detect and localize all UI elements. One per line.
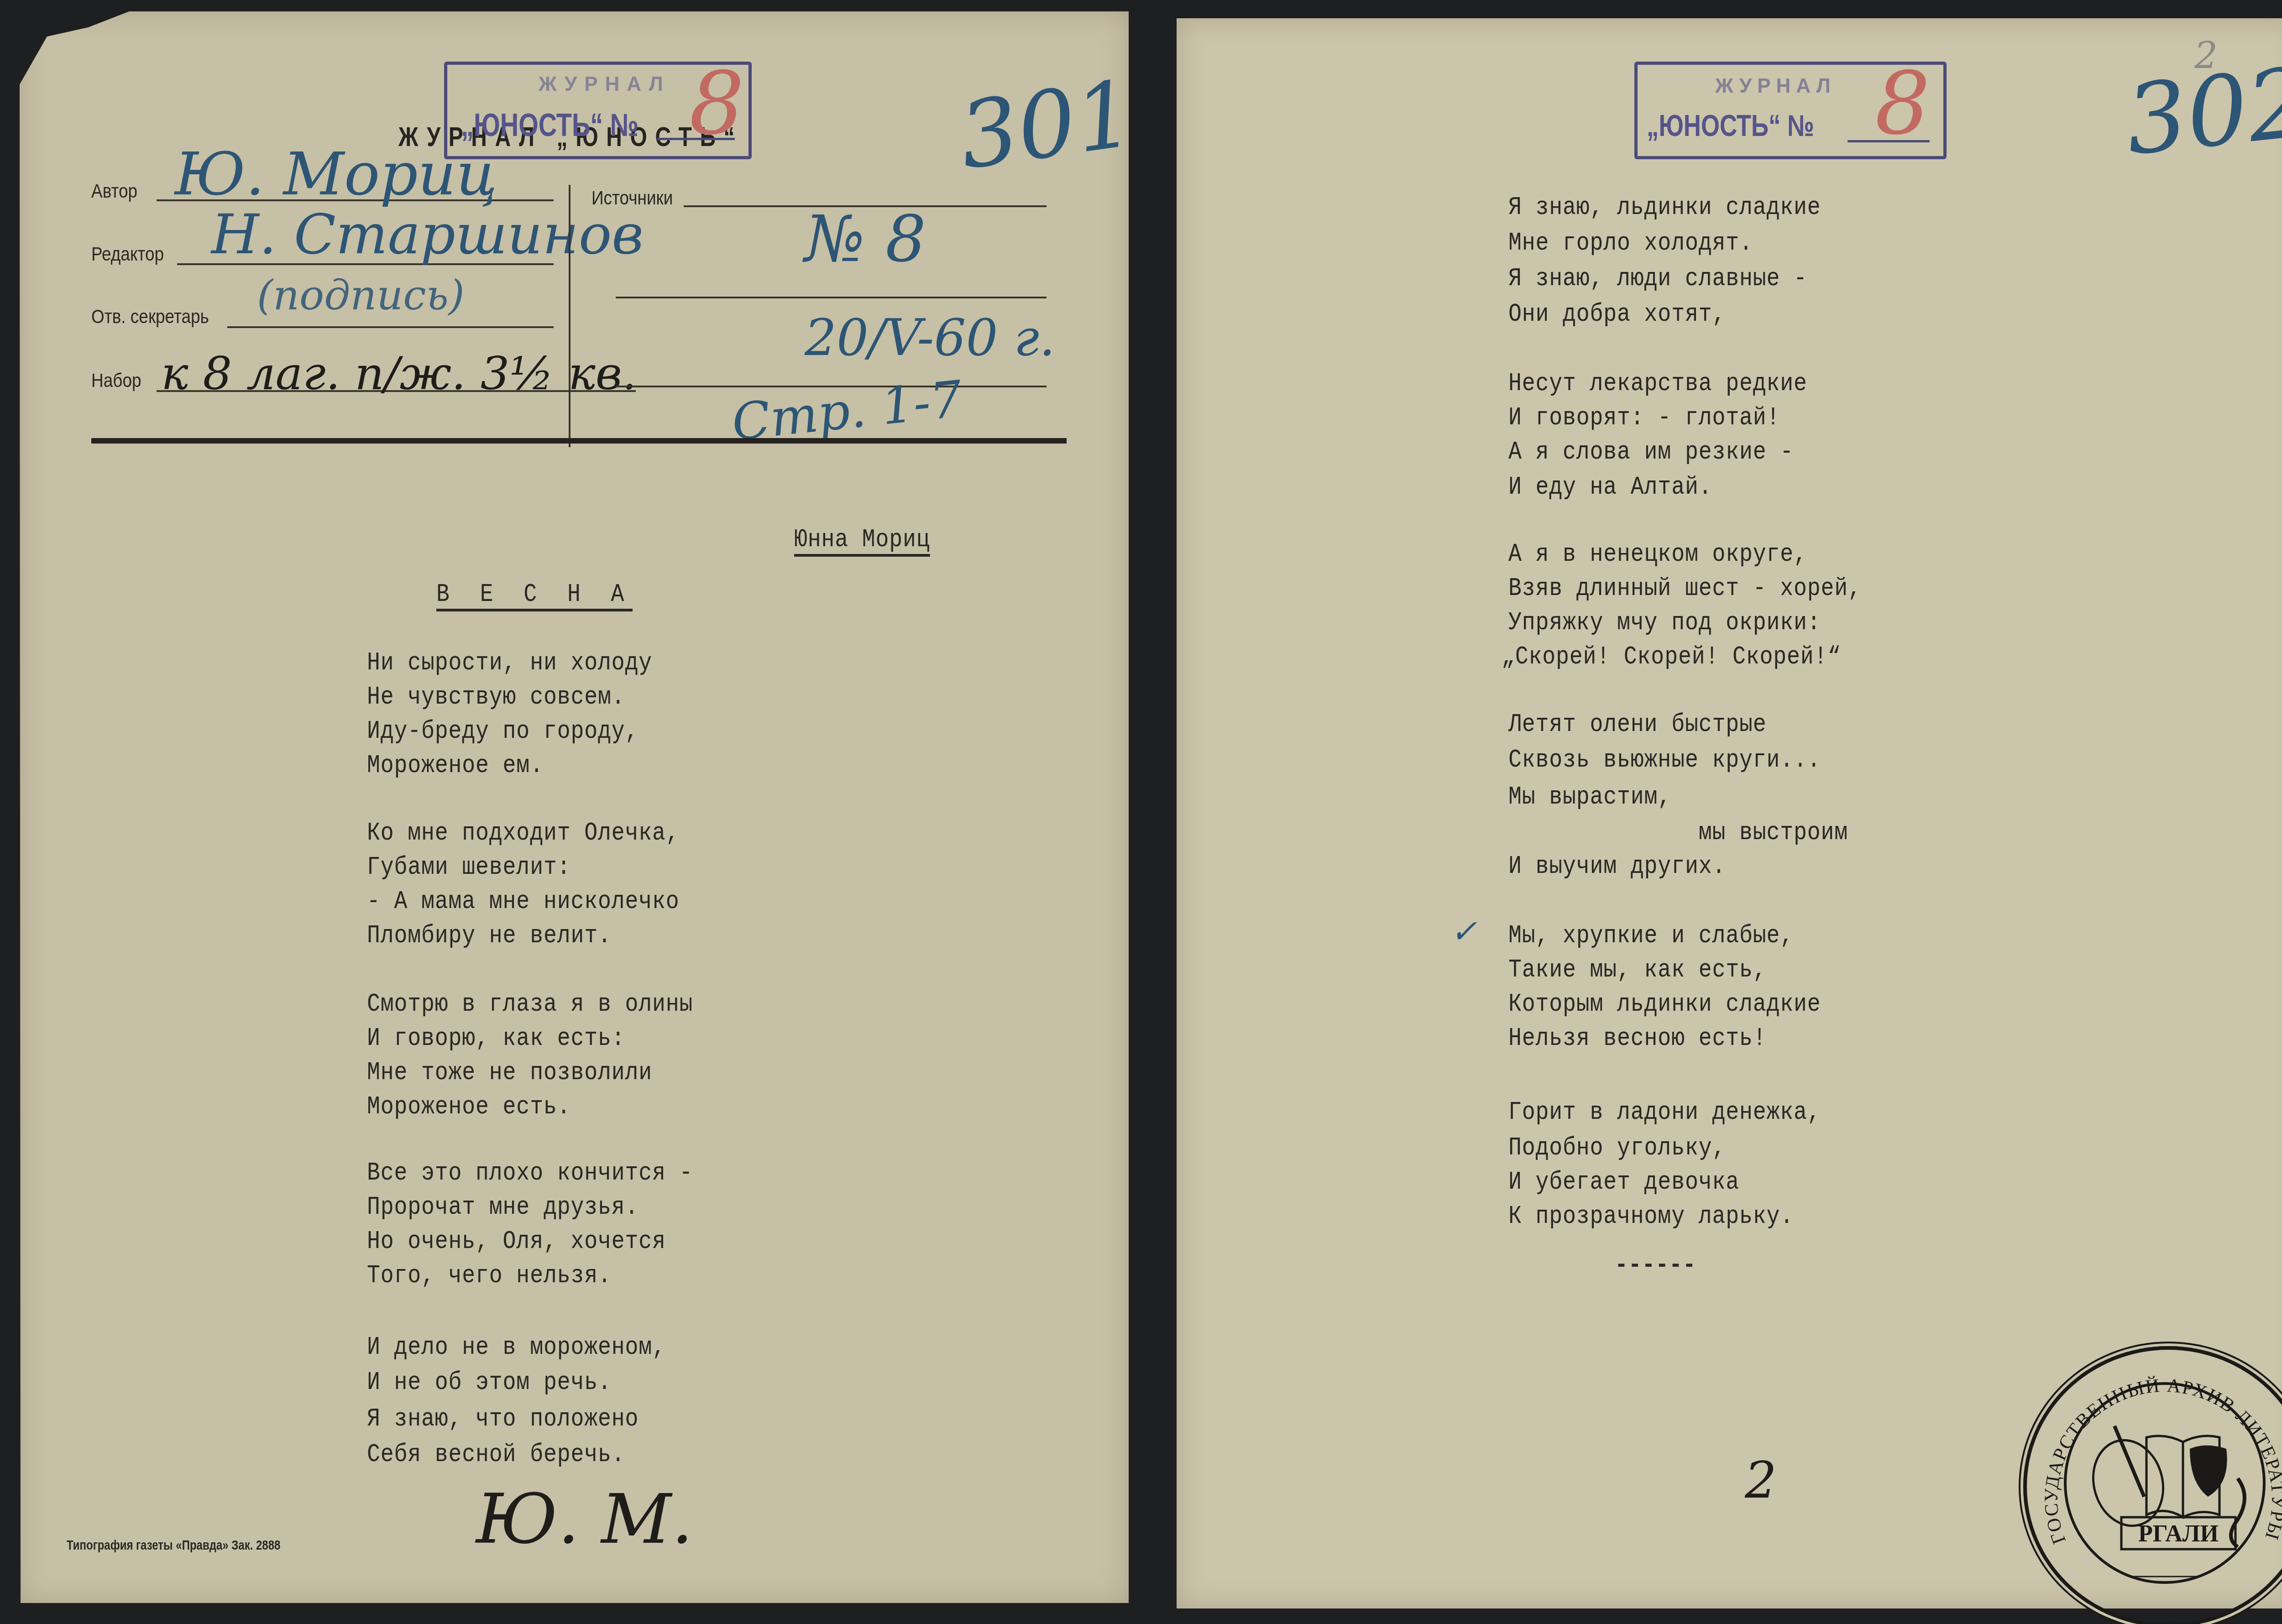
printer-imprint: Типография газеты «Правда» Зак. 2888 [67, 1538, 280, 1553]
poem-line: Горит в ладони денежка, [1508, 1097, 1821, 1127]
form-bottom-rule [91, 438, 1067, 444]
poem-line: Я знаю, люди славные - [1508, 264, 1807, 293]
page-mark: 2 [1745, 1451, 1777, 1509]
poem-line: И убегает девочка [1508, 1167, 1739, 1196]
folio-pencil-mark: 2 [2194, 34, 2218, 77]
poem-line: Смотрю в глаза я в олины [367, 989, 693, 1018]
secretary-line [227, 326, 554, 328]
poem-line: Мороженое ем. [367, 751, 544, 780]
stamp-issue-number: 8 [1875, 60, 1930, 147]
sources-pages: Стр. 1-7 [730, 374, 965, 448]
poem-line: Мы вырастим, [1508, 782, 1671, 811]
poem-line: И еду на Алтай. [1508, 472, 1712, 501]
archive-folio-number: 301 [954, 68, 1140, 183]
rgali-archive-seal: РОССИЙСКИЙ ГОСУДАРСТВЕННЫЙ АРХИВ ЛИТЕРАТ… [2023, 1346, 2282, 1624]
poem-line: Ни сырости, ни холоду [367, 648, 652, 677]
author-signature: Ю. М. [476, 1485, 693, 1554]
poem-line: И дело не в мороженом, [367, 1332, 666, 1362]
poem-line: Иду-бреду по городу, [367, 716, 639, 746]
sources-issue: № 8 [805, 208, 926, 272]
poem-line: И выучим других. [1508, 851, 1726, 881]
sources-date: 20/V-60 г. [805, 313, 1055, 363]
poem-line: Мороженое есть. [367, 1092, 570, 1121]
poem-line: Они добра хотят, [1508, 299, 1726, 329]
poem-line: А я слова им резкие - [1508, 437, 1794, 466]
stamp-line1: ЖУРНАЛ [539, 73, 670, 96]
poem-line: И говорю, как есть: [367, 1023, 625, 1053]
poem-line: Пломбиру не велит. [367, 921, 612, 950]
poem-line: Не чувствую совсем. [367, 682, 625, 711]
svg-text:РОССИЙСКИЙ ГОСУДАРСТВЕННЫЙ АРХ: РОССИЙСКИЙ ГОСУДАРСТВЕННЫЙ АРХИВ ЛИТЕРАТ… [2023, 1346, 2282, 1550]
poem-line: Пророчат мне друзья. [367, 1192, 639, 1222]
typeset-label: Набор [91, 370, 141, 392]
poem-line: Подобно угольку, [1508, 1133, 1726, 1162]
poem-line: мы выстроим [1508, 818, 1848, 847]
form-column-divider [569, 185, 570, 447]
end-divider: ------ [1615, 1250, 1696, 1279]
poem-line: Губами шевелит: [367, 852, 570, 882]
right-page: ЖУРНАЛ „ЮНОСТЬ“ № 8 302 2 Я знаю, льдинк… [1177, 18, 2282, 1608]
poem-line: Нельзя весною есть! [1508, 1023, 1766, 1053]
poem-line: И говорят: - глотай! [1508, 403, 1780, 432]
stamp-line2: „ЮНОСТЬ“ № [461, 107, 639, 143]
poem-line: Я знаю, что положено [367, 1404, 639, 1433]
poem-line: Но очень, Оля, хочется [367, 1227, 666, 1256]
poem-author-byline: Юнна Мориц [794, 525, 930, 557]
poem-line: Такие мы, как есть, [1508, 955, 1766, 984]
poem-line: Все это плохо кончится - [367, 1158, 693, 1187]
poem-line: Того, чего нельзя. [367, 1261, 612, 1290]
poem-line: И не об этом речь. [367, 1368, 612, 1397]
typeset-value: к 8 лаг. п/ж. 3½ кв. [161, 347, 637, 400]
left-page: ЖУРНАЛ „ЮНОСТЬ“ ЖУРНАЛ „ЮНОСТЬ“ № 8 301 … [20, 11, 1129, 1603]
poem-line: Мне горло холодят. [1508, 228, 1753, 257]
sources-line-2 [616, 297, 1047, 298]
poem-line: К прозрачному ларьку. [1508, 1201, 1794, 1231]
stamp-line2: „ЮНОСТЬ“ № [1647, 108, 1814, 143]
author-value: Ю. Мориц [175, 139, 497, 209]
poem-line: Летят олени быстрые [1508, 710, 1766, 739]
editor-label: Редактор [91, 243, 164, 265]
poem-line: Я знаю, льдинки сладкие [1508, 193, 1821, 222]
stamp-issue-number: 8 [689, 60, 744, 147]
poem-line: А я в ненецком округе, [1508, 539, 1807, 569]
author-label: Автор [91, 180, 137, 202]
journal-stamp: ЖУРНАЛ „ЮНОСТЬ“ № 8 [1634, 62, 1947, 159]
svg-text:РГАЛИ: РГАЛИ [2138, 1521, 2219, 1547]
poem-line: Упряжку мчу под окрики: [1508, 608, 1821, 637]
margin-check-mark: ✓ [1450, 913, 1477, 950]
poem-line: Которым льдинки сладкие [1508, 989, 1821, 1018]
poem-line: - А мама мне нисколечко [367, 887, 680, 916]
poem-line: Мы, хрупкие и слабые, [1508, 921, 1794, 950]
poem-line: Взяв длинный шест - хорей, [1508, 574, 1862, 603]
poem-line: Несут лекарства редкие [1508, 369, 1807, 398]
poem-line: Сквозь вьюжные круги... [1508, 745, 1821, 774]
poem-title: В Е С Н А [436, 580, 633, 611]
secretary-value: (подпись) [257, 272, 465, 319]
poem-line: „Скорей! Скорей! Скорей!“ [1502, 642, 1841, 671]
poem-line: Себя весной беречь. [367, 1440, 625, 1469]
poem-line: Мне тоже не позволили [367, 1058, 652, 1087]
seal-ring-text-icon: РОССИЙСКИЙ ГОСУДАРСТВЕННЫЙ АРХИВ ЛИТЕРАТ… [2023, 1346, 2282, 1620]
poem-line: Ко мне подходит Олечка, [367, 818, 680, 847]
secretary-label: Отв. секретарь [91, 306, 209, 328]
editor-value: Н. Старшинов [211, 203, 644, 266]
sources-label: Источники [591, 187, 673, 209]
stamp-line1: ЖУРНАЛ [1715, 75, 1836, 98]
